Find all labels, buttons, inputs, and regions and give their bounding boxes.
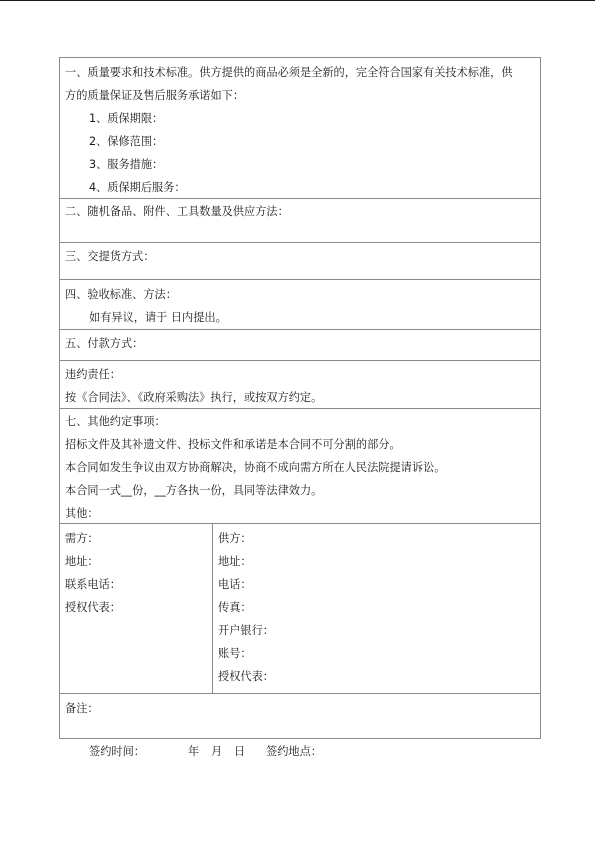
- supplier-account-field: 账号：: [218, 647, 252, 661]
- buyer-name-field: 需方：: [65, 532, 99, 546]
- year-label: 年: [188, 745, 199, 759]
- other-terms-section: 七、其他约定事项： 招标文件及其补遗文件、投标文件和承诺是本合同不可分割的部分。…: [60, 408, 540, 523]
- payment-heading: 五、付款方式：: [65, 337, 143, 351]
- service-measures-field: 3、服务措施：: [89, 158, 163, 172]
- buyer-phone-field: 联系电话：: [65, 578, 121, 592]
- remarks-label: 备注：: [65, 702, 99, 716]
- parties-section: 需方： 地址： 联系电话： 授权代表： 供方： 地址： 电话： 传真： 开户银行…: [60, 523, 540, 693]
- contract-table: 一、质量要求和技术标准。供方提供的商品必须是全新的，完全符合国家有关技术标准，供…: [59, 57, 541, 739]
- buyer-column: 需方： 地址： 联系电话： 授权代表：: [60, 524, 213, 693]
- repair-scope-field: 2、保修范围：: [89, 135, 163, 149]
- delivery-section: 三、交提货方式：: [60, 242, 540, 279]
- liability-heading: 违约责任：: [65, 368, 121, 382]
- objection-deadline-text: 如有异议，请于 日内提出。: [89, 311, 227, 325]
- supplier-address-field: 地址：: [218, 555, 252, 569]
- day-label: 日: [234, 745, 245, 759]
- other-terms-line: 其他：: [65, 507, 99, 521]
- liability-section: 违约责任： 按《合同法》、《政府采购法》执行，或按双方约定。: [60, 360, 540, 408]
- month-label: 月: [211, 745, 222, 759]
- remarks-section: 备注：: [60, 693, 540, 738]
- sign-time-label: 签约时间：: [89, 745, 145, 759]
- supplier-bank-field: 开户银行：: [218, 624, 274, 638]
- other-terms-line: 招标文件及其补遗文件、投标文件和承诺是本合同不可分割的部分。: [65, 438, 401, 452]
- acceptance-heading: 四、验收标准、方法：: [65, 288, 177, 302]
- quality-section: 一、质量要求和技术标准。供方提供的商品必须是全新的，完全符合国家有关技术标准，供…: [60, 58, 540, 198]
- post-warranty-service-field: 4、质保期后服务：: [89, 181, 186, 195]
- buyer-representative-field: 授权代表：: [65, 601, 121, 615]
- warranty-period-field: 1、质保期限：: [89, 112, 163, 126]
- accessories-section: 二、随机备品、附件、工具数量及供应方法：: [60, 198, 540, 242]
- supplier-fax-field: 传真：: [218, 601, 252, 615]
- other-terms-line: 本合同如发生争议由双方协商解决，协商不成向需方所在人民法院提请诉讼。: [65, 461, 445, 475]
- sign-place-label: 签约地点：: [266, 745, 322, 759]
- quality-heading-line2: 方的质量保证及售后服务承诺如下：: [65, 89, 244, 103]
- supplier-name-field: 供方：: [218, 532, 252, 546]
- quality-heading-line1: 一、质量要求和技术标准。供方提供的商品必须是全新的，完全符合国家有关技术标准，供: [65, 66, 513, 80]
- acceptance-section: 四、验收标准、方法： 如有异议，请于 日内提出。: [60, 279, 540, 329]
- payment-section: 五、付款方式：: [60, 329, 540, 360]
- other-terms-line: 本合同一式__份，__方各执一份，具同等法律效力。: [65, 484, 322, 498]
- page-top-rule: [0, 0, 595, 1]
- delivery-heading: 三、交提货方式：: [65, 250, 155, 264]
- other-terms-heading: 七、其他约定事项：: [65, 415, 166, 429]
- supplier-column: 供方： 地址： 电话： 传真： 开户银行： 账号： 授权代表：: [213, 524, 540, 693]
- supplier-phone-field: 电话：: [218, 578, 252, 592]
- supplier-representative-field: 授权代表：: [218, 670, 274, 684]
- accessories-heading: 二、随机备品、附件、工具数量及供应方法：: [65, 205, 289, 219]
- liability-text: 按《合同法》、《政府采购法》执行，或按双方约定。: [65, 391, 322, 405]
- buyer-address-field: 地址：: [65, 555, 99, 569]
